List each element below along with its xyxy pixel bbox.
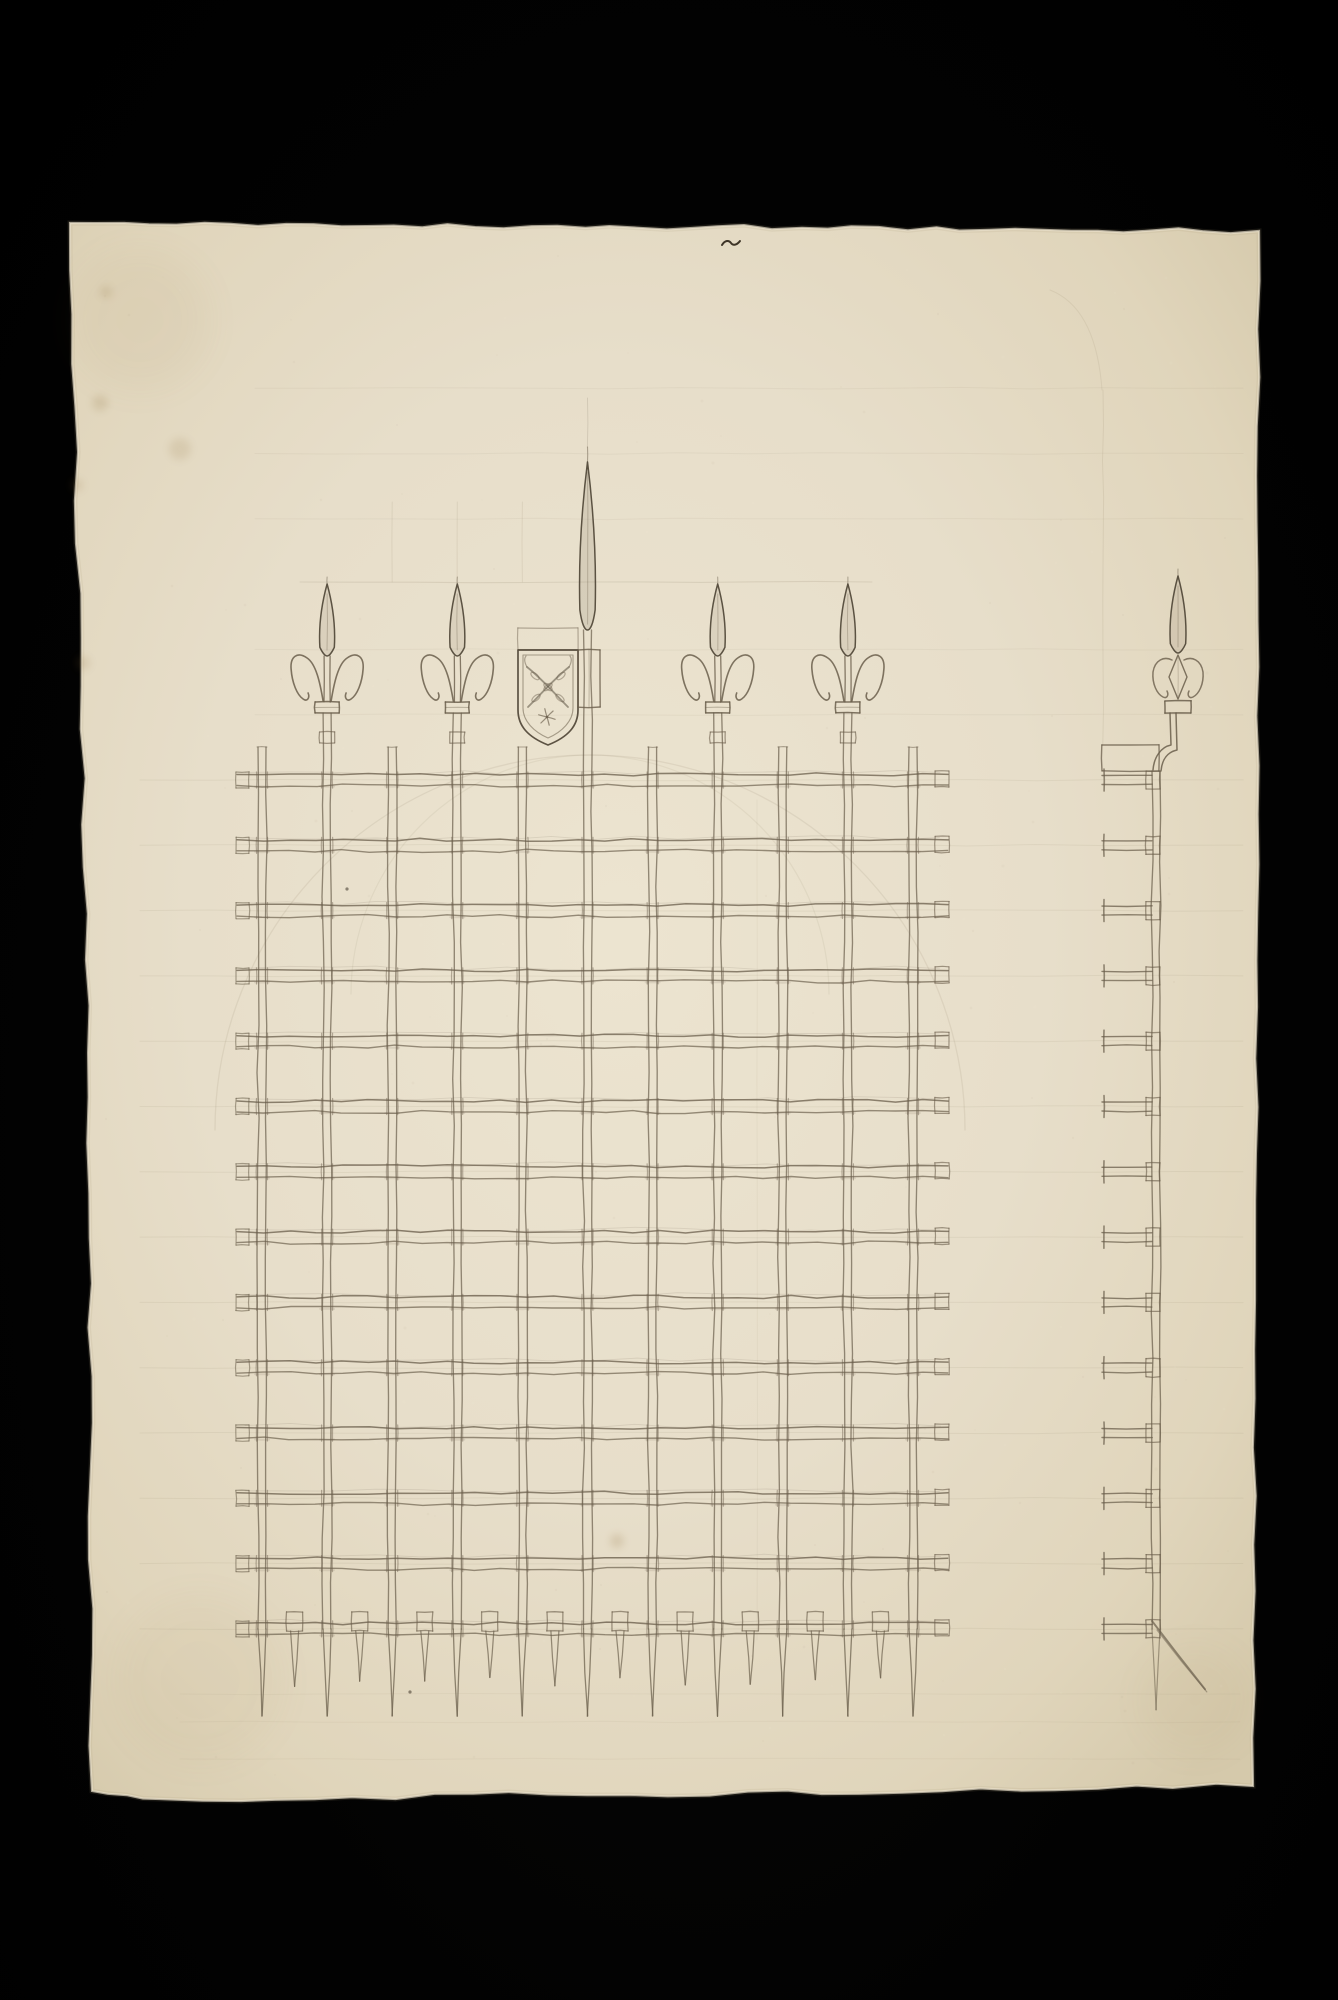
portcullis-design-drawing [0,0,1338,2000]
stain-mark [92,395,108,411]
stain-mark [169,438,191,460]
stain-mark [76,656,90,670]
stain-mark [70,250,210,390]
stain-mark [610,1534,624,1548]
stain-mark [71,479,83,491]
photographed-pencil-drawing-scene [0,0,1338,2000]
